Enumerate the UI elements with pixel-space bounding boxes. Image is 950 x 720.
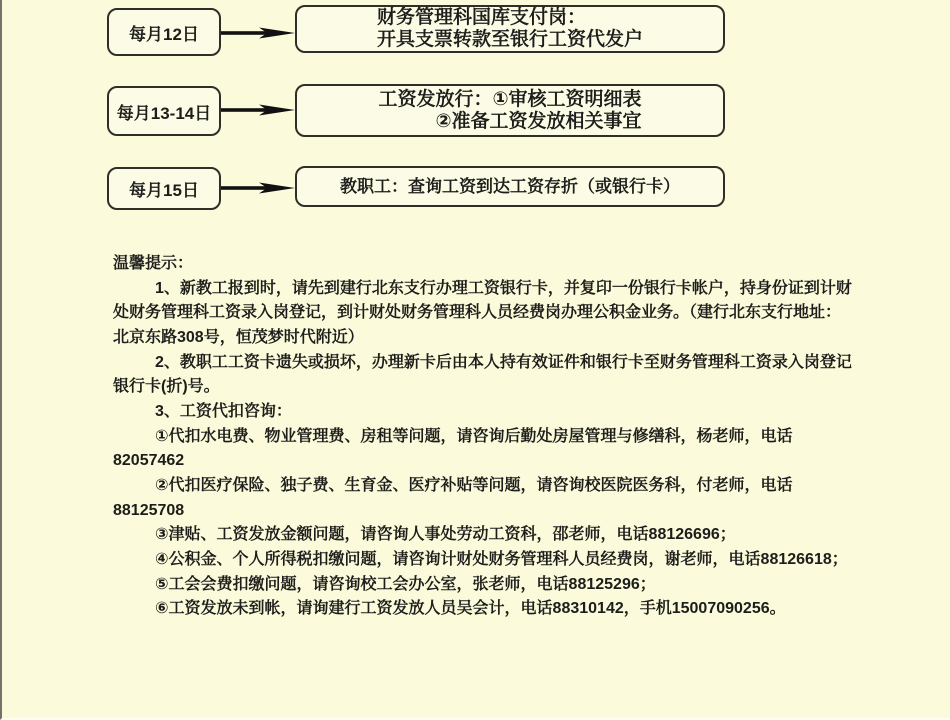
tips-line-8: 82057462 xyxy=(113,449,893,474)
flow-date-label: 每月12日 xyxy=(129,20,199,45)
tips-line-2: 处财务管理科工资录入岗登记，到计财处财务管理科人员经费岗办理公积金业务。（建行北… xyxy=(113,301,893,326)
flow-step-line: 开具支票转款至银行工资代发户 xyxy=(377,29,643,51)
tips-line-4: 2、教职工工资卡遗失或损坏，办理新卡后由本人持有效证件和银行卡至财务管理科工资录… xyxy=(113,351,893,376)
tips-line-6: 3、工资代扣咨询： xyxy=(113,400,893,425)
arrow-right-icon xyxy=(221,181,295,195)
flow-step-line: 教职工：查询工资到达工资存折（或银行卡） xyxy=(340,176,680,198)
flow-step-box-treasury-payment: 财务管理科国库支付岗： 开具支票转款至银行工资代发户 xyxy=(295,5,725,53)
flow-date-box-12th: 每月12日 xyxy=(107,8,221,56)
flow-date-box-13-14th: 每月13-14日 xyxy=(107,86,221,136)
tips-line-13: ⑤工会会费扣缴问题，请咨询校工会办公室，张老师，电话88125296； xyxy=(113,573,893,598)
tips-line-5: 银行卡(折)号。 xyxy=(113,375,893,400)
tips-line-10: 88125708 xyxy=(113,499,893,524)
flow-step-line: ②准备工资发放相关事宜 xyxy=(378,111,641,133)
tips-line-7: ①代扣水电费、物业管理费、房租等问题，请咨询后勤处房屋管理与修缮科，杨老师，电话 xyxy=(113,425,893,450)
tips-line-1: 1、新教工报到时，请先到建行北东支行办理工资银行卡，并复印一份银行卡帐户，持身份… xyxy=(113,277,893,302)
tips-section: 温馨提示： 1、新教工报到时，请先到建行北东支行办理工资银行卡，并复印一份银行卡… xyxy=(113,252,893,622)
flow-step-box-staff-check: 教职工：查询工资到达工资存折（或银行卡） xyxy=(295,166,725,207)
flow-date-label: 每月15日 xyxy=(129,176,199,201)
flow-step-line: 工资发放行：①审核工资明细表 xyxy=(378,89,641,111)
tips-line-3: 北京东路308号，恒茂梦时代附近） xyxy=(113,326,893,351)
tips-line-12: ④公积金、个人所得税扣缴问题，请咨询计财处财务管理科人员经费岗，谢老师，电话88… xyxy=(113,548,893,573)
tips-line-14: ⑥工资发放未到帐，请询建行工资发放人员吴会计，电话88310142，手机1500… xyxy=(113,597,893,622)
tips-line-11: ③津贴、工资发放金额问题，请咨询人事处劳动工资科，邵老师，电话88126696； xyxy=(113,523,893,548)
flow-step-line: 财务管理科国库支付岗： xyxy=(377,7,643,29)
payroll-notice-page: 每月12日 财务管理科国库支付岗： 开具支票转款至银行工资代发户 每月13-14… xyxy=(0,0,950,720)
tips-line-9: ②代扣医疗保险、独子费、生育金、医疗补贴等问题，请咨询校医院医务科，付老师，电话 xyxy=(113,474,893,499)
flow-step-box-salary-bank: 工资发放行：①审核工资明细表 ②准备工资发放相关事宜 xyxy=(295,84,725,137)
arrow-right-icon xyxy=(221,103,295,117)
tips-title: 温馨提示： xyxy=(113,252,893,277)
flow-date-label: 每月13-14日 xyxy=(117,99,211,124)
arrow-right-icon xyxy=(221,26,295,40)
flow-date-box-15th: 每月15日 xyxy=(107,167,221,210)
